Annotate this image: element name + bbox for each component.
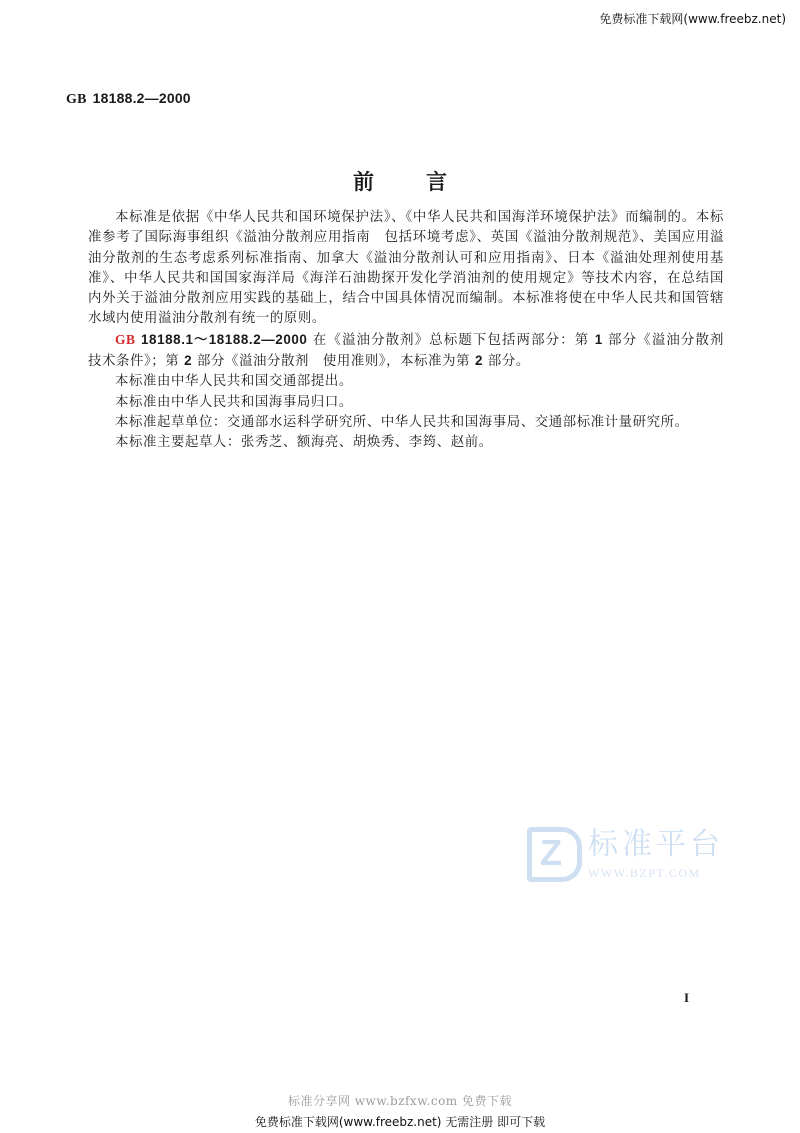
paragraph-drafters: 本标准主要起草人：张秀芝、额海亮、胡焕秀、李筠、赵前。 [88,433,724,453]
paragraph-proposed-by: 本标准由中华人民共和国交通部提出。 [88,372,724,392]
watermark-url: WWW.BZPT.COM [588,866,724,881]
site-banner: 免费标准下载网(www.freebz.net) [599,10,786,27]
parts-text-a: 在《溢油分散剂》总标题下包括两部分：第 [307,333,594,348]
part-number: 1 [595,332,603,347]
footer-share-line: 标准分享网 www.bzfxw.com 免费下载 [0,1092,800,1109]
standard-range: 18188.1～18188.2—2000 [141,332,308,347]
standard-prefix: GB [66,92,87,107]
bzpt-logo-icon [527,827,582,882]
parts-text-c: 部分《溢油分散剂 使用准则》，本标准为第 [192,354,475,369]
foreword-body: 本标准是依据《中华人民共和国环境保护法》、《中华人民共和国海洋环境保护法》而编制… [88,208,724,454]
parts-text-d: 部分。 [483,354,530,369]
page-number: I [684,990,689,1006]
standard-code: GB18188.2—2000 [66,90,191,108]
paragraph-drafting-units: 本标准起草单位：交通部水运科学研究所、中华人民共和国海事局、交通部标准计量研究所… [88,413,724,433]
page-title: 前言 [0,166,800,196]
part-number: 2 [184,353,192,368]
gb-prefix-red: GB [115,332,136,347]
standard-number: 18188.2—2000 [93,90,191,106]
part-number: 2 [475,353,483,368]
paragraph-parts: GB 18188.1～18188.2—2000 在《溢油分散剂》总标题下包括两部… [88,330,724,373]
footer-download-line: 免费标准下载网(www.freebz.net) 无需注册 即可下载 [0,1113,800,1130]
paragraph-basis: 本标准是依据《中华人民共和国环境保护法》、《中华人民共和国海洋环境保护法》而编制… [88,208,724,330]
watermark: 标准平台 WWW.BZPT.COM [527,827,724,882]
paragraph-administered-by: 本标准由中华人民共和国海事局归口。 [88,393,724,413]
watermark-name: 标准平台 [588,828,724,862]
